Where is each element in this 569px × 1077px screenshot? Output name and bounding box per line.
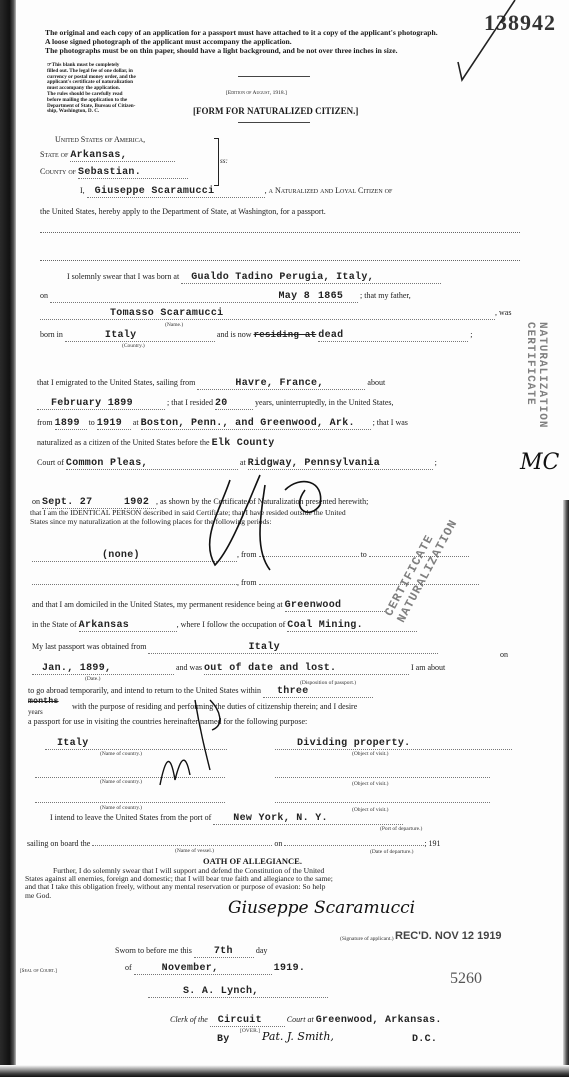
citizen-text: , a Naturalized and Loyal Citizen of [265, 186, 393, 195]
to-year-field[interactable]: 1919 [97, 418, 131, 430]
to-label: to [89, 418, 95, 427]
scan-edge-bottom [0, 1065, 569, 1077]
struck-unit: months [28, 697, 59, 706]
last-passport-row: My last passport was obtained from Italy [32, 642, 438, 654]
court-place-field[interactable]: Greenwood, Arkansas. [316, 1015, 442, 1026]
initials-mark: MC [520, 450, 559, 475]
country-caption: (Name of country.) [100, 805, 142, 811]
of-label: of [125, 963, 132, 972]
unit-label: years [28, 708, 43, 716]
domicile-row: and that I am domiciled in the United St… [32, 600, 385, 612]
country-caption: (Name of country.) [100, 751, 142, 757]
applicant-row: I, Giuseppe Scaramucci, a Naturalized an… [80, 186, 392, 198]
side-note: ☞This blank must be completely filled ou… [47, 63, 136, 115]
on-label: on [40, 291, 48, 300]
form-title: [FORM FOR NATURALIZED CITIZEN.] [193, 106, 358, 116]
venue-state-row: State of Arkansas, [40, 150, 175, 162]
vessel-caption: (Name of vessel.) [175, 848, 214, 854]
clerk-label: Clerk of the [170, 1015, 208, 1024]
visit-object-field-2[interactable] [275, 768, 490, 778]
divider [238, 76, 310, 77]
passport-date-field[interactable]: Jan., 1899, [32, 663, 174, 675]
father-country-row: born in Italy and is now residing at dea… [40, 330, 473, 342]
scan-edge-left [0, 0, 16, 1077]
county-label: County of [40, 167, 76, 176]
residence-years-row: February 1899 ; that I resided 20 years,… [37, 398, 394, 410]
born-in-label: born in [40, 330, 63, 339]
instruction-line: The original and each copy of an applica… [45, 28, 438, 37]
residence-state-field[interactable]: Arkansas [79, 620, 177, 632]
oath-title: OATH OF ALLEGIANCE. [203, 856, 302, 866]
naturalization-county-field[interactable]: Elk County [212, 438, 275, 449]
county-field[interactable]: Sebastian. [78, 167, 188, 179]
deputy-signature: Pat. J. Smith, [262, 1030, 334, 1043]
father-text: ; that my father, [360, 291, 411, 300]
photo-instructions: The original and each copy of an applica… [45, 28, 438, 55]
by-label: By [217, 1034, 230, 1045]
venue-county-row: County of Sebastian. [40, 167, 188, 179]
handwritten-scrawl-icon [150, 690, 240, 800]
state-label: State of [40, 150, 68, 159]
state-field[interactable]: Arkansas, [70, 150, 175, 162]
father-country-field[interactable]: Italy [65, 330, 215, 342]
court-row: Court of Common Pleas, at Ridgway, Penns… [37, 458, 437, 470]
venue-country: United States of America, [55, 135, 145, 144]
certificate-stamp: CERTIFICATE NATURALIZATION [382, 447, 495, 625]
naturalization-stamp: NATURALIZATION CERTIFICATE [524, 322, 548, 428]
emigration-date-field[interactable]: February 1899 [37, 398, 165, 410]
court-field[interactable]: Common Pleas, [66, 458, 238, 470]
applicant-name-field[interactable]: Giuseppe Scaramucci [87, 186, 265, 198]
on-label: on [32, 497, 40, 506]
birthdate-row: on May 8 1865 ; that my father, [40, 291, 411, 303]
object-caption: (Object of visit.) [352, 751, 389, 757]
sailing-text: sailing on board the [27, 839, 90, 848]
naturalization-row: naturalized as a citizen of the United S… [37, 438, 275, 449]
residence-places-field[interactable]: Boston, Penn., and Greenwood, Ark. [141, 418, 371, 430]
instruction-line: The photographs must be on thin paper, s… [45, 46, 438, 55]
occupation-field[interactable]: Coal Mining. [287, 620, 417, 632]
court-label: Court of [37, 458, 64, 467]
at-label: at [240, 458, 246, 467]
departure-row: I intend to leave the United States from… [50, 813, 403, 825]
resided-text: ; that I resided [167, 398, 213, 407]
father-name-field[interactable]: Tomasso Scaramucci [40, 308, 495, 320]
sworn-row: Sworn to before me this 7th day [115, 946, 267, 958]
occupation-text: , where I follow the occupation of [177, 620, 286, 629]
at-label: at [133, 418, 139, 427]
domicile-text: and that I am domiciled in the United St… [32, 600, 283, 609]
clerk-name-field[interactable]: S. A. Lynch, [148, 986, 328, 998]
divider [238, 122, 310, 123]
over-note: [OVER.] [240, 1028, 260, 1034]
scan-edge-right [563, 500, 569, 1077]
struck-text: residing at [254, 330, 317, 340]
father-status-field[interactable]: dead [318, 330, 468, 342]
years-text: years, uninterruptedly, in the United St… [255, 398, 394, 407]
sworn-year-field[interactable]: 1919. [274, 963, 306, 974]
day-label: day [256, 946, 268, 955]
blank-line [40, 260, 520, 261]
visit-object-field-1[interactable]: Dividing property. [275, 738, 512, 750]
seal-label: [Seal of Court.] [20, 968, 57, 974]
edition-note: [Edition of August, 1918.] [226, 90, 287, 96]
sworn-day-field[interactable]: 7th [194, 946, 254, 958]
departure-date-field[interactable] [284, 836, 424, 846]
date-caption: (Date.) [85, 676, 100, 682]
instruction-line: A loose signed photograph of the applica… [45, 37, 438, 46]
birthdate-field[interactable]: May 8 [50, 291, 316, 303]
side-note-line: ship, Washington, D. C. [47, 109, 136, 115]
visit-object-field-3[interactable] [275, 793, 490, 803]
oath-line: and that I take this obligation freely, … [25, 883, 333, 891]
dc-label: D.C. [412, 1034, 437, 1045]
last-passport-from-field[interactable]: Italy [148, 642, 438, 654]
blank-line [40, 232, 520, 233]
birth-row: I solemnly swear that I was born at Gual… [67, 272, 441, 284]
birth-year-field[interactable]: 1865 [318, 291, 358, 303]
ss-label: ss: [220, 157, 228, 165]
apply-text: the United States, hereby apply to the D… [40, 207, 326, 216]
intro-text: I, [80, 186, 85, 195]
sworn-month-row: of November, 1919. [125, 963, 305, 975]
was-text: , was [495, 308, 511, 317]
about-text: about [367, 378, 385, 387]
was-text: ; that I was [373, 418, 408, 427]
emigration-text: that I emigrated to the United States, s… [37, 378, 195, 387]
sworn-text: I solemnly swear that I was born at [67, 272, 179, 281]
venue-bracket [214, 138, 219, 186]
object-caption: (Object of visit.) [352, 781, 389, 787]
port-caption: (Port of departure.) [380, 826, 422, 832]
country-caption: (Country.) [122, 343, 145, 349]
vessel-name-field[interactable] [92, 836, 272, 846]
clerk-row: Clerk of the Circuit Court at Greenwood,… [170, 1015, 442, 1027]
handwritten-scrawl-icon [190, 470, 350, 580]
court-type-field[interactable]: Circuit [210, 1015, 285, 1027]
about-text: I am about [411, 663, 445, 672]
return-within-field[interactable]: three [263, 686, 373, 698]
year-prefix: ; 191 [424, 839, 440, 848]
sailing-port-field[interactable]: Havre, France, [197, 378, 365, 390]
name-caption: (Name.) [165, 322, 183, 328]
departure-port-field[interactable]: New York, N. Y. [213, 813, 403, 825]
departure-date-caption: (Date of departure.) [370, 849, 414, 855]
disposition-field[interactable]: out of date and lost. [204, 663, 409, 675]
passport-date-row: Jan., 1899, and was out of date and lost… [32, 663, 445, 675]
was-text: and was [176, 663, 202, 672]
on-label: on [274, 839, 282, 848]
naturalization-text: naturalized as a citizen of the United S… [37, 438, 210, 447]
from-label: from [37, 418, 53, 427]
now-text: and is now [217, 330, 252, 339]
residence-period-row: from 1899 to 1919 at Boston, Penn., and … [37, 418, 408, 430]
file-number: 5260 [450, 970, 482, 988]
from-year-field[interactable]: 1899 [55, 418, 87, 430]
court-at-label: Court at [287, 1015, 314, 1024]
sworn-text: Sworn to before me this [115, 946, 192, 955]
departure-text: I intend to leave the United States from… [50, 813, 211, 822]
checkmark-icon [450, 0, 560, 90]
country-caption: (Name of country.) [100, 779, 142, 785]
state-label: in the State of [32, 620, 77, 629]
signature-caption: (Signature of applicant.) [340, 936, 394, 942]
residence-city-field[interactable]: Greenwood [285, 600, 385, 612]
oath-text: Further, I do solemnly swear that I will… [25, 867, 333, 900]
sworn-month-field[interactable]: November, [134, 963, 272, 975]
applicant-signature: Giuseppe Scaramucci [228, 898, 415, 918]
court-place-field[interactable]: Ridgway, Pennsylvania [248, 458, 433, 470]
passport-application-page: 138942 The original and each copy of an … [0, 0, 569, 1077]
on-label: on [500, 650, 508, 659]
to-label: to [361, 550, 367, 559]
last-passport-text: My last passport was obtained from [32, 642, 146, 651]
emigration-row: that I emigrated to the United States, s… [37, 378, 385, 390]
birthplace-field[interactable]: Gualdo Tadino Perugia, Italy, [181, 272, 441, 284]
years-field[interactable]: 20 [215, 398, 253, 410]
occupation-row: in the State of Arkansas, where I follow… [32, 620, 417, 632]
father-row: Tomasso Scaramucci, was [40, 308, 511, 320]
vessel-row: sailing on board the on ; 191 [27, 836, 441, 848]
received-stamp: REC'D. NOV 12 1919 [395, 930, 502, 942]
